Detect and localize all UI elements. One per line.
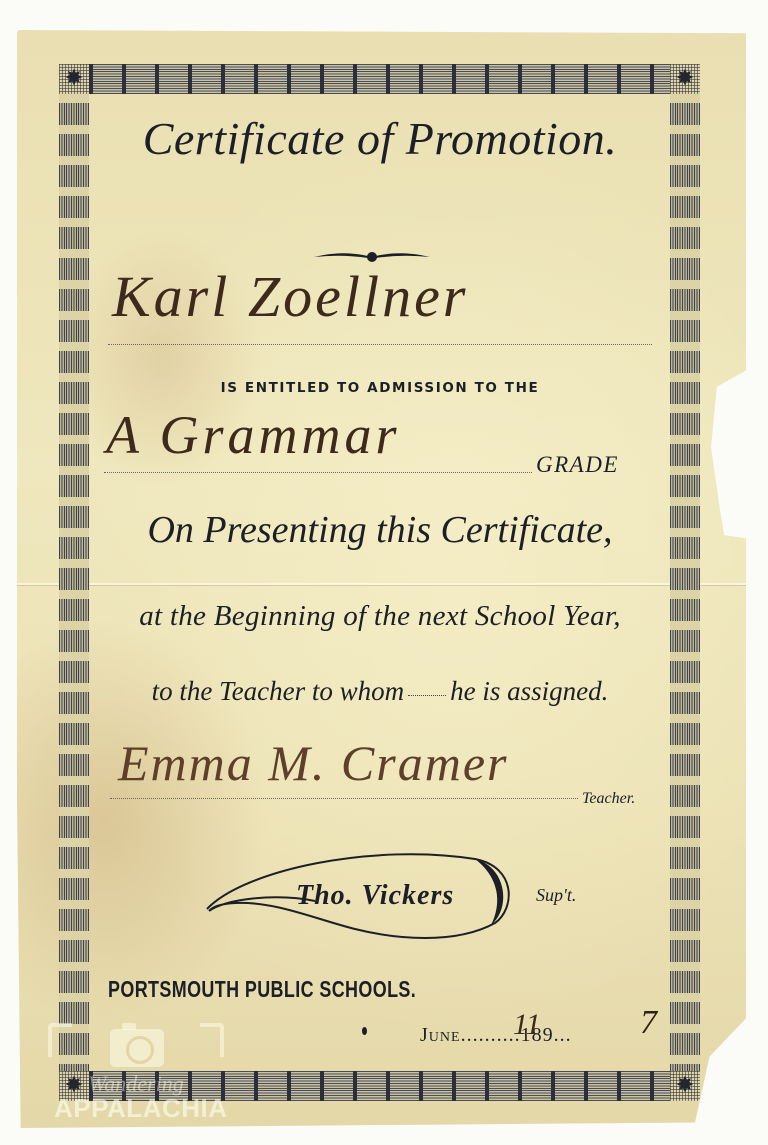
star-ornament-icon: ✸	[59, 64, 89, 94]
issuer-name: PORTSMOUTH PUBLIC SCHOOLS.	[108, 976, 416, 1003]
superintendent-signature: Tho. Vickers	[296, 880, 454, 912]
grade-name: A Grammar	[106, 408, 401, 462]
superintendent-label: Sup't.	[536, 885, 576, 906]
date-day-dots: ..........	[461, 1024, 521, 1046]
star-ornament-icon: ✸	[59, 1071, 89, 1101]
decorative-border: ✸ ✸ ✸ ✸	[59, 64, 700, 1101]
certificate-title: Certificate of Promotion.	[100, 112, 660, 165]
body-line-3-end: he is assigned.	[450, 676, 608, 706]
border-left	[59, 94, 89, 1071]
star-ornament-icon: ✸	[670, 1071, 700, 1101]
body-line-1: On Presenting this Certificate,	[100, 508, 660, 552]
ink-spot	[362, 1027, 367, 1035]
star-ornament-icon: ✸	[670, 64, 700, 94]
border-right	[670, 94, 700, 1071]
teacher-label: Teacher.	[582, 790, 635, 808]
body-line-3-start: to the Teacher to whom	[152, 676, 405, 706]
date-year-digit: 7	[640, 1004, 657, 1042]
teacher-signature: Emma M. Cramer	[118, 738, 508, 788]
student-name: Karl Zoellner	[112, 268, 468, 326]
date-day: 11	[513, 1008, 541, 1042]
pronoun-blank	[408, 695, 446, 696]
body-line-2: at the Beginning of the next School Year…	[100, 600, 660, 633]
issue-date: June..........189...	[420, 1024, 572, 1047]
flourish-ornament-icon	[312, 250, 432, 264]
border-bottom	[89, 1071, 670, 1101]
date-month: June	[420, 1024, 461, 1046]
date-year-dots: ...	[554, 1024, 572, 1046]
entitlement-text: IS ENTITLED TO ADMISSION TO THE	[100, 380, 660, 396]
grade-label: GRADE	[536, 452, 619, 478]
body-line-3: to the Teacher to whomhe is assigned.	[100, 676, 660, 707]
border-top	[89, 64, 670, 94]
